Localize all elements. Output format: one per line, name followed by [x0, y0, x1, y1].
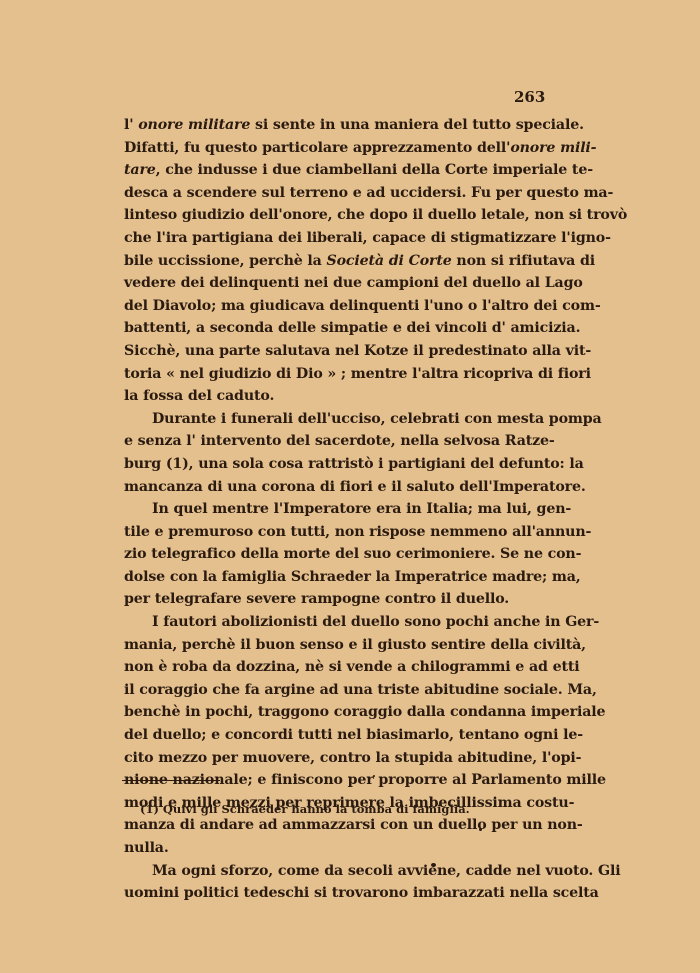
- text-run: I fautori abolizionisti del duello sono …: [152, 614, 599, 630]
- text-run: In quel mentre l'Imperatore era in Itali…: [152, 501, 571, 517]
- text-line: burg (1), una sola cosa rattristò i part…: [124, 453, 542, 476]
- text-run: mania, perchè il buon senso e il giusto …: [124, 637, 586, 653]
- text-line: mania, perchè il buon senso e il giusto …: [124, 634, 542, 657]
- text-run: del Diavolo; ma giudicava delinquenti l'…: [124, 298, 601, 314]
- text-run: benchè in pochi, traggono coraggio dalla…: [124, 704, 605, 720]
- text-line: del duello; e concordi tutti nel biasima…: [124, 724, 542, 747]
- text-run: toria « nel giudizio di Dio » ; mentre l…: [124, 366, 591, 382]
- text-line: uomini politici tedeschi si trovarono im…: [124, 882, 542, 905]
- print-speck: [431, 863, 436, 867]
- text-line: cito mezzo per muovere, contro la stupid…: [124, 747, 542, 770]
- text-line: nulla.: [124, 837, 542, 860]
- text-line: manza di andare ad ammazzarsi con un due…: [124, 814, 542, 837]
- text-line: toria « nel giudizio di Dio » ; mentre l…: [124, 363, 542, 386]
- text-line: tare, che indusse i due ciambellani dell…: [124, 159, 542, 182]
- text-line: I fautori abolizionisti del duello sono …: [124, 611, 542, 634]
- text-line: dolse con la famiglia Schraeder la Imper…: [124, 566, 542, 589]
- text-run: nulla.: [124, 840, 169, 856]
- text-line: la fossa del caduto.: [124, 385, 542, 408]
- text-run: dolse con la famiglia Schraeder la Imper…: [124, 569, 581, 585]
- text-run: del duello; e concordi tutti nel biasima…: [124, 727, 583, 743]
- text-line: zio telegrafico della morte del suo ceri…: [124, 543, 542, 566]
- text-run: desca a scendere sul terreno e ad uccide…: [124, 185, 613, 201]
- footnote-divider: [122, 780, 220, 781]
- text-line: In quel mentre l'Imperatore era in Itali…: [124, 498, 542, 521]
- italic-run: tare: [124, 162, 156, 178]
- text-run: la fossa del caduto.: [124, 388, 274, 404]
- text-run: cito mezzo per muovere, contro la stupid…: [124, 750, 581, 766]
- text-line: non è roba da dozzina, nè si vende a chi…: [124, 656, 542, 679]
- text-run: non si rifiutava di: [452, 253, 595, 269]
- text-line: linteso giudizio dell'onore, che dopo il…: [124, 204, 542, 227]
- text-line: che l'ira partigiana dei liberali, capac…: [124, 227, 542, 250]
- text-run: il coraggio che fa argine ad una triste …: [124, 682, 597, 698]
- text-line: l' onore militare si sente in una manier…: [124, 114, 542, 137]
- text-line: tile e premuroso con tutti, non rispose …: [124, 521, 542, 544]
- body-text: l' onore militare si sente in una manier…: [124, 114, 542, 905]
- text-run: e senza l' intervento del sacerdote, nel…: [124, 433, 555, 449]
- text-line: e senza l' intervento del sacerdote, nel…: [124, 430, 542, 453]
- text-run: Difatti, fu questo particolare apprezzam…: [124, 140, 510, 156]
- text-run: uomini politici tedeschi si trovarono im…: [124, 885, 599, 901]
- text-run: si sente in una maniera del tutto specia…: [250, 117, 584, 133]
- text-line: vedere dei delinquenti nei due campioni …: [124, 272, 542, 295]
- text-run: bile uccissione, perchè la: [124, 253, 327, 269]
- text-run: Durante i funerali dell'ucciso, celebrat…: [152, 411, 602, 427]
- text-run: burg (1), una sola cosa rattristò i part…: [124, 456, 584, 472]
- text-line: benchè in pochi, traggono coraggio dalla…: [124, 701, 542, 724]
- footnote: (1) Quivi gli Schraeder hanno la tomba d…: [140, 802, 470, 816]
- print-speck: [373, 775, 375, 777]
- text-line: Durante i funerali dell'ucciso, celebrat…: [124, 408, 542, 431]
- text-line: bile uccissione, perchè la Società di Co…: [124, 250, 542, 273]
- italic-run: onore mili-: [510, 140, 596, 156]
- text-run: per telegrafare severe rampogne contro i…: [124, 591, 509, 607]
- italic-run: Società di Corte: [327, 253, 452, 269]
- text-run: mancanza di una corona di fiori e il sal…: [124, 479, 586, 495]
- text-run: manza di andare ad ammazzarsi con un due…: [124, 817, 583, 833]
- text-run: tile e premuroso con tutti, non rispose …: [124, 524, 591, 540]
- text-line: del Diavolo; ma giudicava delinquenti l'…: [124, 295, 542, 318]
- text-run: Sicchè, una parte salutava nel Kotze il …: [124, 343, 591, 359]
- text-run: vedere dei delinquenti nei due campioni …: [124, 275, 583, 291]
- text-line: Sicchè, una parte salutava nel Kotze il …: [124, 340, 542, 363]
- text-run: non è roba da dozzina, nè si vende a chi…: [124, 659, 580, 675]
- print-speck: [479, 828, 482, 831]
- text-line: desca a scendere sul terreno e ad uccide…: [124, 182, 542, 205]
- page-number: 263: [514, 88, 545, 106]
- text-run: che l'ira partigiana dei liberali, capac…: [124, 230, 611, 246]
- text-run: battenti, a seconda delle simpatie e dei…: [124, 320, 580, 336]
- italic-run: onore militare: [138, 117, 250, 133]
- text-line: mancanza di una corona di fiori e il sal…: [124, 476, 542, 499]
- text-line: il coraggio che fa argine ad una triste …: [124, 679, 542, 702]
- text-run: , che indusse i due ciambellani della Co…: [156, 162, 593, 178]
- text-run: zio telegrafico della morte del suo ceri…: [124, 546, 581, 562]
- text-line: battenti, a seconda delle simpatie e dei…: [124, 317, 542, 340]
- text-line: Difatti, fu questo particolare apprezzam…: [124, 137, 542, 160]
- text-run: Ma ogni sforzo, come da secoli avviene, …: [152, 863, 620, 879]
- text-line: Ma ogni sforzo, come da secoli avviene, …: [124, 860, 542, 883]
- text-run: linteso giudizio dell'onore, che dopo il…: [124, 207, 627, 223]
- text-run: l': [124, 117, 138, 133]
- text-line: per telegrafare severe rampogne contro i…: [124, 588, 542, 611]
